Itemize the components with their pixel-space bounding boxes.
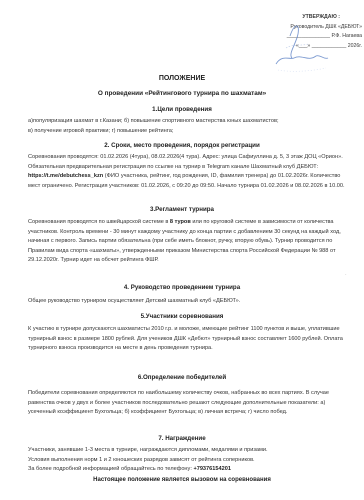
section-4-heading: 4. Руководство проведением турнира (0, 284, 364, 291)
approval-position: Руководитель ДШК «ДЕБЮТ» (262, 23, 362, 33)
document-page: УТВЕРЖДАЮ : Руководитель ДШК «ДЕБЮТ» ___… (0, 0, 364, 500)
section-3-heading: 3.Регламент турнира (0, 206, 364, 213)
section-5-heading: 5.Участники соревнования (0, 313, 364, 320)
section-1-heading: 1.Цели проведения (0, 106, 364, 113)
section-2-body: Соревнования проводятся: 01.02.2026 (4ту… (28, 153, 348, 191)
rounds-count: 8 туров (170, 219, 191, 225)
contact-phone[interactable]: +79376154201 (193, 466, 231, 472)
section-1-body: а)популяризация шахмат в г.Казани; б) по… (28, 117, 348, 136)
approval-header: УТВЕРЖДАЮ : (262, 13, 362, 23)
section-7-line-3: За более подробной информацией обращайте… (28, 465, 348, 475)
scan-artifact: · (345, 272, 347, 278)
section-1-line-2: в) получение игровой практики; г) повыше… (28, 127, 348, 137)
section-6-body: Победители соревнования определяются по … (28, 389, 348, 418)
section-4-body: Общее руководство турниром осуществляет … (28, 297, 348, 307)
section-7-line-2: Условия выполнения норм 1 и 2 юношеских … (28, 456, 348, 466)
section-3-text-2: или по круговой системе в зависимости от… (28, 219, 341, 263)
section-7-line-1: Участники, занявшие 1-3 места в турнире,… (28, 446, 348, 456)
contact-text: За более подробной информацией обращайте… (28, 466, 193, 472)
section-6-heading: 6.Определение победителей (0, 374, 364, 381)
section-3-text-1: Соревнования проводятся по швейцарской с… (28, 219, 170, 225)
registration-link[interactable]: https://t.me/debutchess_kzn (28, 173, 103, 179)
document-title: ПОЛОЖЕНИЕ (0, 75, 364, 82)
approval-name: _______________ Р.Ф. Нагаева (262, 32, 362, 42)
section-3-body: Соревнования проводятся по швейцарской с… (28, 218, 348, 266)
section-7-heading: 7. Награждение (0, 435, 364, 442)
section-2-text-1: Соревнования проводятся: 01.02.2026 (4ту… (28, 154, 343, 170)
section-5-body: К участию в турнире допускаются шахматис… (28, 325, 348, 354)
section-1-line-1: а)популяризация шахмат в г.Казани; б) по… (28, 117, 348, 127)
section-7-body: Участники, занявшие 1-3 места в турнире,… (28, 446, 348, 475)
closing-statement: Настоящее положение является вызовом на … (0, 477, 364, 483)
section-2-heading: 2. Сроки, место проведения, порядок реги… (0, 142, 364, 149)
approval-date: «___» ____________ 2026г. (262, 42, 362, 52)
approval-block: УТВЕРЖДАЮ : Руководитель ДШК «ДЕБЮТ» ___… (262, 13, 362, 51)
document-subtitle: О проведении «Рейтингового турнира по ша… (0, 90, 364, 97)
